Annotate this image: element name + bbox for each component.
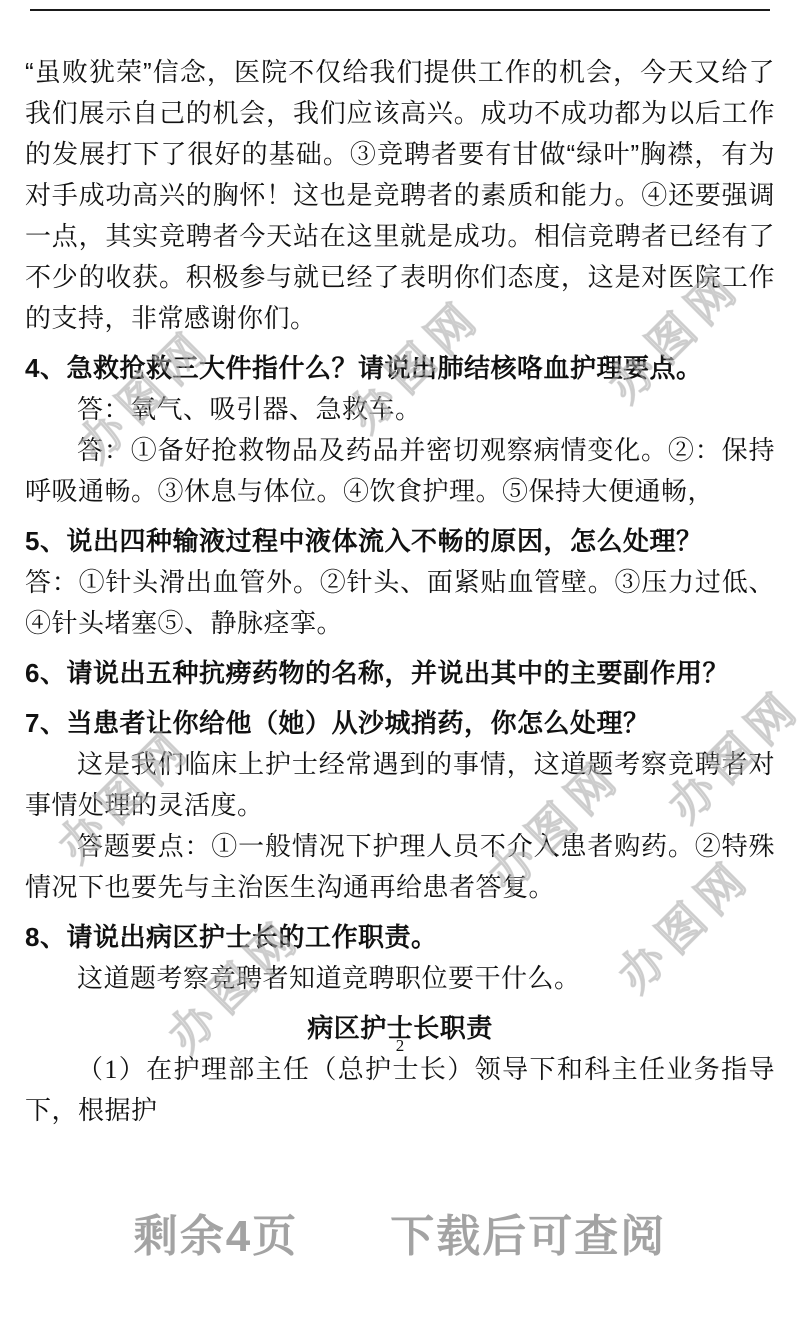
body-paragraph: 这是我们临床上护士经常遇到的事情，这道题考察竞聘者对事情处理的灵活度。 (25, 744, 775, 826)
body-paragraph: “虽败犹荣”信念，医院不仅给我们提供工作的机会，今天又给了我们展示自己的机会，我… (25, 52, 775, 339)
question-heading: 4、急救抢救三大件指什么？请说出肺结核咯血护理要点。 (25, 348, 775, 389)
question-heading: 5、说出四种输液过程中液体流入不畅的原因，怎么处理？ (25, 521, 775, 562)
answer-paragraph: 答：氧气、吸引器、急救车。 (25, 389, 775, 430)
body-paragraph: 这道题考察竞聘者知道竞聘职位要干什么。 (25, 958, 775, 999)
body-paragraph: 答题要点：①一般情况下护理人员不介入患者购药。②特殊情况下也要先与主治医生沟通再… (25, 826, 775, 908)
document-body: “虽败犹荣”信念，医院不仅给我们提供工作的机会，今天又给了我们展示自己的机会，我… (25, 52, 775, 1131)
body-paragraph: （1）在护理部主任（总护士长）领导下和科主任业务指导下，根据护 (25, 1049, 775, 1131)
document-page: “虽败犹荣”信念，医院不仅给我们提供工作的机会，今天又给了我们展示自己的机会，我… (0, 0, 800, 1321)
answer-paragraph: 答：①针头滑出血管外。②针头、面紧贴血管壁。③压力过低、④针头堵塞⑤、静脉痉挛。 (25, 562, 775, 644)
header-rule (30, 9, 770, 11)
question-heading: 6、请说出五种抗痨药物的名称，并说出其中的主要副作用？ (25, 653, 775, 694)
remaining-pages-banner: 剩余4页 下载后可查阅 (0, 1210, 800, 1264)
answer-paragraph: 答：①备好抢救物品及药品并密切观察病情变化。②：保持呼吸通畅。③休息与体位。④饮… (25, 430, 775, 512)
text-run: 其实竞聘者今天站在这里就是成功。相信竞聘者已经有了不少的收获。积极参与就已经了表… (25, 221, 775, 333)
page-number: 2 (0, 1036, 800, 1056)
question-heading: 8、请说出病区护士长的工作职责。 (25, 917, 775, 958)
question-heading: 7、当患者让你给他（她）从沙城捎药，你怎么处理？ (25, 703, 775, 744)
